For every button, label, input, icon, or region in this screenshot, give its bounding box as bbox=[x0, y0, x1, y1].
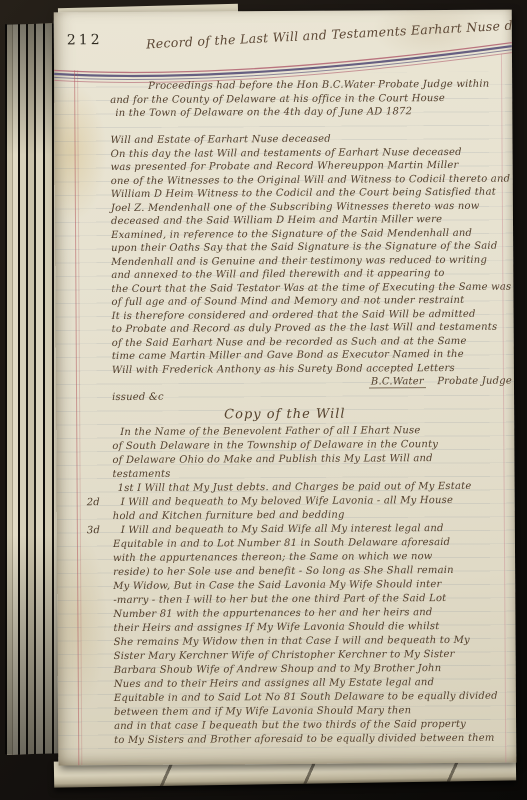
will-section-heading: Copy of the Will bbox=[112, 404, 516, 426]
manuscript-line-text: I Will and bequeath to My beloved Wife L… bbox=[121, 495, 453, 508]
ledger-page: 212 Record of the Last Will and Testamen… bbox=[54, 10, 517, 766]
photo-background: 212 Record of the Last Will and Testamen… bbox=[0, 0, 527, 800]
manuscript-line: issued &c bbox=[112, 388, 516, 404]
manuscript-text: Proceedings had before the Hon B.C.Water… bbox=[110, 78, 516, 748]
will-item-number: 2d bbox=[87, 496, 100, 510]
manuscript-line-text: I Will and bequeath to My Said Wife all … bbox=[121, 523, 444, 536]
manuscript-line: in the Town of Delaware on the 4th day o… bbox=[110, 105, 514, 121]
book-page-edges-shadow bbox=[5, 24, 59, 754]
will-item-number: 3d bbox=[87, 524, 100, 538]
page-number: 212 bbox=[67, 32, 103, 48]
judge-signature-title: Probate Judge bbox=[437, 376, 512, 387]
judge-signature-name: B.C.Water bbox=[369, 376, 426, 388]
manuscript-line: to My Sisters and Brother aforesaid to b… bbox=[114, 732, 516, 748]
